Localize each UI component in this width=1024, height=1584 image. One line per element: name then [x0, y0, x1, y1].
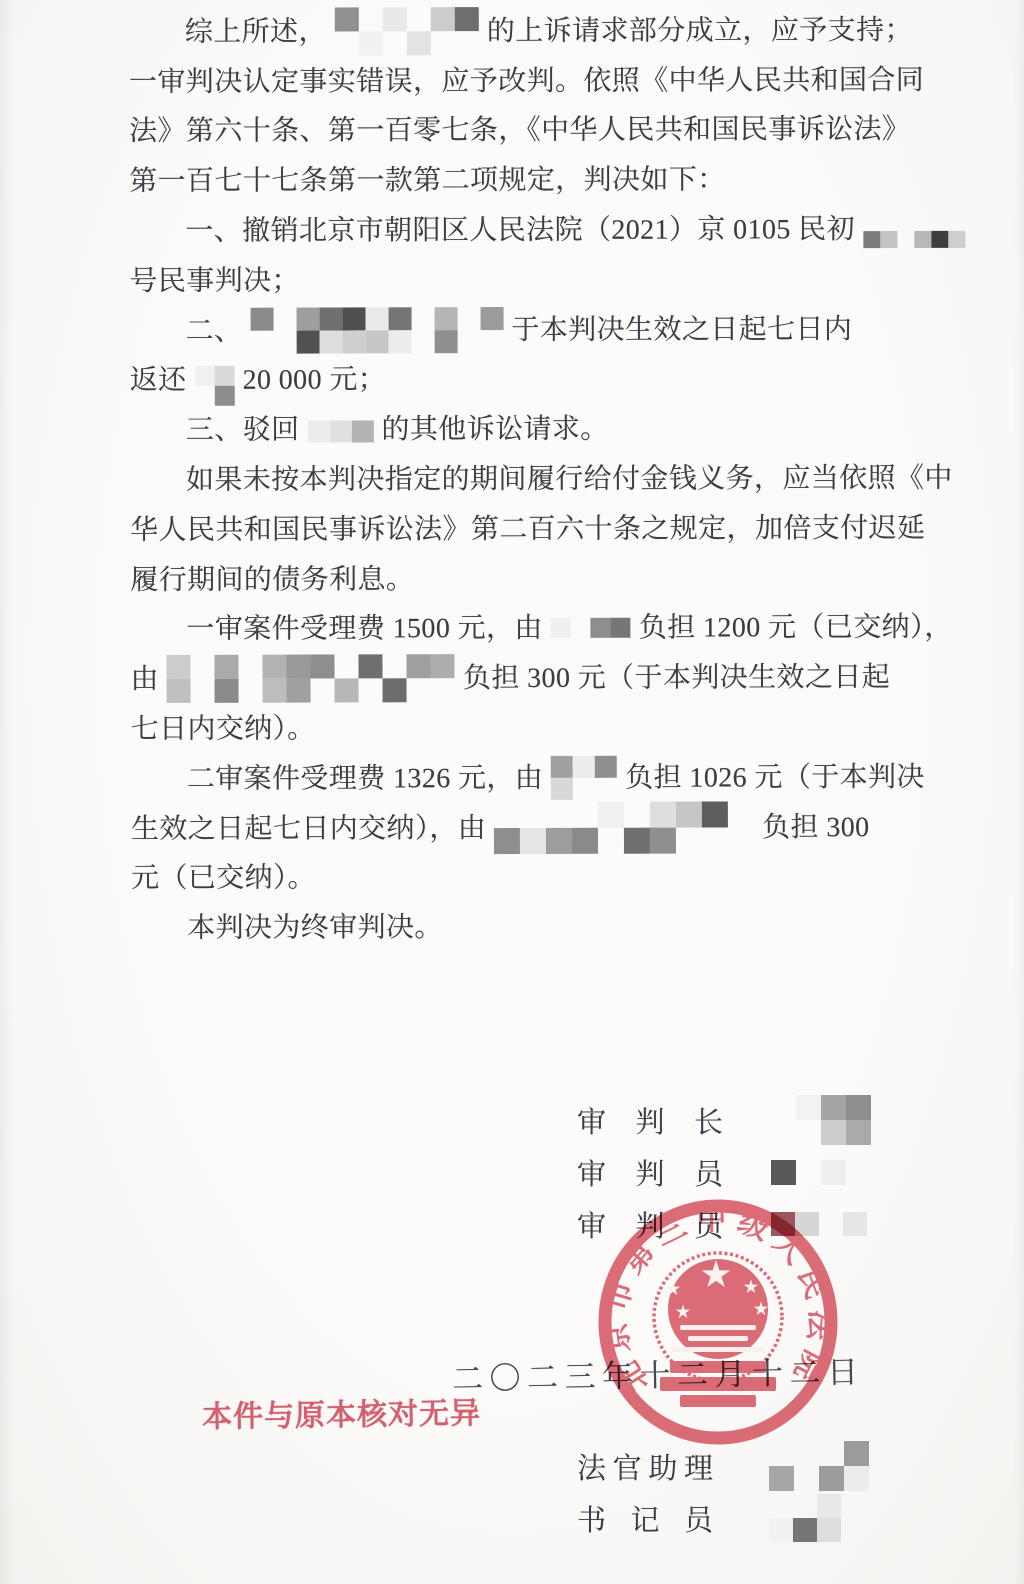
judgment-line: 七日内交纳）。: [131, 700, 921, 752]
body-text: 一、撤销北京市朝阳区人民法院（2021）京 0105 民初: [185, 207, 855, 249]
redacted-name-r11: [771, 1160, 846, 1185]
judgment-line: 法》第六十条、第一百零七条，《中华人民共和国民事诉讼法》: [129, 103, 919, 155]
redacted-name-r5: [307, 421, 373, 443]
redacted-name-r14: [769, 1494, 841, 1542]
redacted-name-r1: [335, 7, 479, 55]
body-text: 如果未按本判决指定的期间履行给付金钱义务，应当依照《中: [186, 456, 953, 498]
body-text: 生效之日起七日内交纳），由: [131, 806, 486, 847]
judgment-line: 华人民共和国民事诉讼法》第二百六十条之规定，加倍支付迟延: [130, 501, 920, 553]
body-text: 三、驳回: [186, 408, 300, 448]
judge-signature-label: 审判员: [577, 1152, 723, 1193]
judgment-line: 如果未按本判决指定的期间履行给付金钱义务，应当依照《中: [130, 451, 920, 503]
judgment-line: 返还20 000 元；: [130, 352, 920, 404]
body-text: 二、: [186, 308, 243, 348]
body-text: 负担 300: [762, 805, 870, 845]
redacted-name-r3: [250, 307, 503, 354]
judgment-line: 履行期间的债务利息。: [130, 551, 920, 603]
judgment-line: 一审判决认定事实错误，应予改判。依照《中华人民共和国合同: [129, 53, 919, 105]
judgment-line: 一、撤销北京市朝阳区人民法院（2021）京 0105 民初: [129, 202, 919, 254]
redacted-name-r4: [195, 366, 235, 406]
judgment-line: 号民事判决；: [129, 252, 919, 304]
redacted-name-r7: [167, 654, 455, 703]
redacted-name-r13: [769, 1441, 869, 1491]
judgment-line: 由负担 300 元（于本判决生效之日起: [130, 650, 920, 702]
body-text: 第一百七十七条第一款第二项规定，判决如下：: [129, 158, 726, 200]
body-text: 于本判决生效之日起七日内: [511, 307, 852, 348]
body-text: 履行期间的债务利息。: [130, 557, 414, 598]
body-text: 一审案件受理费 1500 元，由: [186, 606, 543, 647]
judgment-line: 元（已交纳）。: [131, 850, 921, 902]
judgment-line: 二、于本判决生效之日起七日内: [130, 302, 920, 354]
judgment-line: 一审案件受理费 1500 元，由负担 1200 元（已交纳），: [130, 601, 920, 653]
body-text: 号民事判决；: [129, 258, 300, 298]
judgment-line: 三、驳回的其他诉讼请求。: [130, 401, 920, 453]
judgment-page: 综上所述，的上诉请求部分成立，应予支持；一审判决认定事实错误，应予改判。依照《中…: [0, 0, 1024, 1584]
body-text: 负担 300 元（于本判决生效之日起: [463, 655, 890, 696]
body-text: 由: [130, 657, 159, 697]
body-text: 综上所述，: [185, 9, 327, 49]
body-text: 的上诉请求部分成立，应予支持；: [487, 8, 913, 49]
judgment-line: 二审案件受理费 1326 元，由负担 1026 元（于本判决: [131, 750, 921, 802]
body-text: 华人民共和国民事诉讼法》第二百六十条之规定，加倍支付迟延: [130, 506, 925, 548]
redacted-name-r2: [863, 230, 965, 247]
judgment-line: 第一百七十七条第一款第二项规定，判决如下：: [129, 152, 919, 204]
body-text: 负担 1026 元（于本判决: [625, 755, 925, 796]
judgment-line: 综上所述，的上诉请求部分成立，应予支持；: [129, 3, 919, 55]
redacted-name-r9: [494, 801, 754, 854]
body-text: 20 000 元；: [243, 358, 387, 398]
clerk-signature-row: 书记员: [577, 1492, 877, 1544]
redacted-name-r8: [551, 756, 617, 800]
judge-signature-label: 审判长: [577, 1100, 723, 1141]
body-text: 本判决为终审判决。: [187, 905, 443, 946]
clerk-signature-block: 法官助理书记员: [577, 1440, 877, 1544]
judgment-body: 综上所述，的上诉请求部分成立，应予支持；一审判决认定事实错误，应予改判。依照《中…: [129, 3, 921, 951]
clerk-signature-label: 书记员: [577, 1498, 713, 1539]
redacted-name-r10: [771, 1095, 871, 1145]
body-text: 法》第六十条、第一百零七条，《中华人民共和国民事诉讼法》: [129, 107, 910, 149]
body-text: 元（已交纳）。: [131, 856, 316, 896]
judgment-line: 本判决为终审判决。: [131, 899, 921, 951]
judge-signature-row: 审判长: [577, 1094, 879, 1146]
body-text: 二审案件受理费 1326 元，由: [187, 756, 544, 797]
court-seal-icon: 北京市第三中级人民法院: [594, 1196, 840, 1448]
body-text: 七日内交纳）。: [131, 707, 316, 747]
national-emblem-icon: [654, 1253, 782, 1407]
redacted-name-r6: [551, 618, 631, 638]
body-text: 返还: [130, 358, 187, 398]
body-text: 一审判决认定事实错误，应予改判。依照《中华人民共和国合同: [129, 58, 924, 100]
judge-signature-row: 审判员: [577, 1146, 879, 1198]
body-text: 的其他诉讼请求。: [381, 407, 608, 448]
clerk-signature-label: 法官助理: [577, 1446, 713, 1487]
body-text: 负担 1200 元（已交纳），: [639, 605, 953, 646]
judgment-line: 生效之日起七日内交纳），由负担 300: [131, 800, 921, 852]
verification-stamp-text: 本件与原本核对无异: [202, 1388, 482, 1436]
